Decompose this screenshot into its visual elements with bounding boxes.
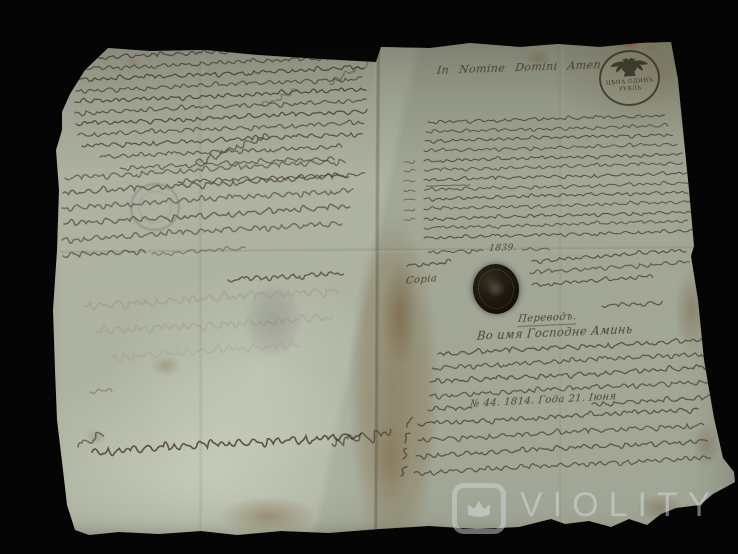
watermark-brand-text: VIOLITY [520, 485, 720, 526]
handwriting-line [228, 271, 344, 284]
handwriting-line [424, 200, 694, 212]
handwriting-line [78, 119, 364, 138]
watermark-crown-frame [452, 483, 506, 534]
handwriting-line [522, 247, 550, 251]
handwriting-line [85, 285, 338, 312]
handwriting-line [424, 152, 683, 164]
handwriting-line [532, 247, 686, 264]
photo-of-old-document: In Nomine Domini Amen 1839. Copia Перево… [0, 0, 738, 554]
handwriting-line [432, 350, 718, 371]
handwriting-line [400, 448, 409, 460]
handwriting-line [62, 187, 353, 212]
handwriting-line [418, 421, 704, 443]
handwriting-line [86, 43, 350, 60]
handwriting-line [404, 218, 415, 221]
handwriting-line [80, 54, 360, 72]
handwriting-line [64, 203, 350, 228]
handwriting-line [424, 161, 683, 172]
handwriting-line [92, 430, 362, 457]
violity-watermark: VIOLITY [452, 483, 720, 534]
handwriting-line [75, 86, 367, 105]
latin-date-fragment: 1839. [488, 243, 517, 254]
document-paper-sheet: In Nomine Domini Amen 1839. Copia Перево… [0, 0, 738, 554]
handwriting-line [404, 169, 415, 172]
handwriting-line [418, 406, 698, 428]
handwriting-line [63, 171, 349, 197]
handwriting-line [424, 142, 677, 153]
handwriting-line [530, 259, 689, 276]
handwriting-line [404, 161, 415, 164]
handwriting-line [424, 219, 688, 231]
crown-icon [466, 498, 492, 520]
handwriting-line [404, 209, 415, 211]
handwriting-line [424, 229, 694, 241]
handwriting-line [414, 454, 711, 476]
handwriting-line [428, 249, 483, 254]
handwriting-line [90, 388, 112, 393]
handwriting-line [63, 248, 146, 259]
handwriting-line [426, 185, 470, 187]
handwriting-line [404, 180, 415, 182]
handwriting-line [407, 259, 451, 267]
handwriting-line [424, 181, 688, 193]
handwriting-line [426, 123, 668, 134]
handwriting-line [424, 190, 688, 201]
handwriting-line [602, 301, 663, 309]
handwriting-line [402, 432, 410, 443]
handwriting-line [532, 274, 653, 287]
double-headed-eagle-icon [608, 56, 649, 81]
handwriting-line [430, 363, 716, 385]
handwriting-line [406, 416, 413, 427]
handwriting-line [400, 465, 407, 476]
handwriting-line [152, 245, 246, 256]
handwriting-line [428, 404, 472, 411]
handwriting-line [424, 210, 694, 222]
handwriting-line [76, 430, 103, 450]
handwriting-line [62, 219, 342, 244]
handwriting-line [425, 132, 673, 143]
handwriting-line [424, 171, 688, 183]
handwriting-line [78, 64, 364, 83]
faint-oval-stamp [246, 286, 300, 356]
handwriting-line [328, 57, 375, 86]
handwriting-line [404, 190, 415, 192]
stamp-price-line2: РУБЛЬ [619, 85, 642, 93]
handwriting-line [428, 113, 665, 124]
handwriting-line [76, 108, 367, 127]
handwriting-line [404, 199, 415, 200]
